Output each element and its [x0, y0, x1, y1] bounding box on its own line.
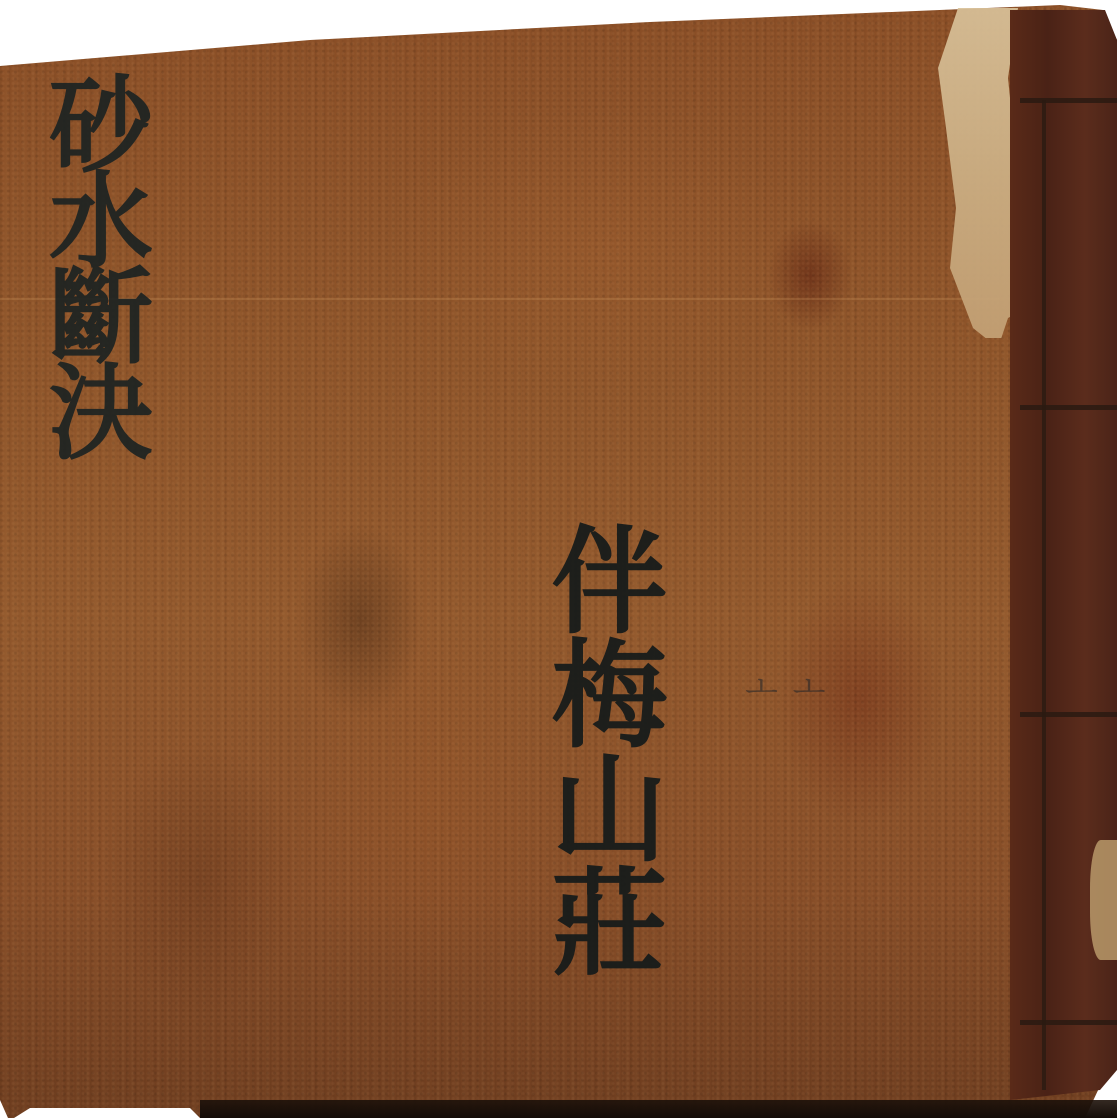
main-title-text: 伴梅山莊: [520, 520, 670, 976]
binding-stitch-2: [1020, 405, 1117, 410]
binding-stitch-1: [1020, 98, 1117, 103]
spine-fold-line: [1042, 100, 1046, 1090]
binding-stitch-3: [1020, 712, 1117, 717]
binding-stitch-4: [1020, 1020, 1117, 1025]
side-title-text: 砂水斷決: [22, 70, 152, 454]
worn-spine-patch: [1090, 840, 1117, 960]
faint-ink-marking: ㅗ ㅗ: [745, 660, 828, 709]
